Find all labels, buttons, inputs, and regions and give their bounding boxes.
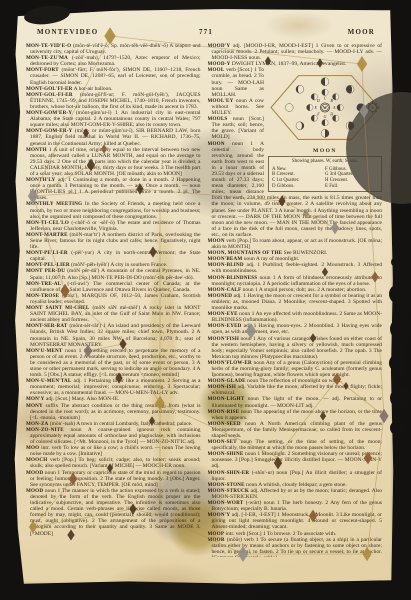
text-columns: MON-TE-VID'E-O (mŏn-tē-vĭd′ē-ō; Sp. mōn-… xyxy=(21,43,387,557)
torn-edge-bite xyxy=(390,318,411,340)
headword: MONT-GOL'FI-ER xyxy=(26,86,72,92)
dictionary-entry: MON-TRE-AL' (-trĭ-awl′) The commercial c… xyxy=(26,281,201,293)
phase-letter-h: H xyxy=(329,113,333,117)
entry-body: adj. 1 Continuing a month, or done in a … xyxy=(30,177,201,201)
phase-letter-a: A xyxy=(332,106,336,110)
headword: MOONED xyxy=(208,293,233,299)
headword: MOON'FISH xyxy=(208,336,240,342)
dictionary-entry: MONT PER-DU (môN pĕr-dü′) A mountain of … xyxy=(26,268,201,280)
dictionary-entry: MOON-SHIN-ER (-shīn′-ur) noun [Pop.] An … xyxy=(208,470,383,482)
right-column: MOOD'Y adj. [MOOD-I-ER, MOOD-I-EST] 1 Gi… xyxy=(208,43,383,557)
left-column: MON-TE-VID'E-O (mŏn-tē-vĭd′ē-ō; Sp. mōn-… xyxy=(26,43,201,557)
headword: MOOD xyxy=(26,488,43,494)
headword: MOOD xyxy=(26,470,43,476)
headword: MOON'Y xyxy=(208,512,231,518)
headword: MOON-SHINE xyxy=(208,451,244,457)
moon-phases-diagram: A B C D E F G H xyxy=(268,68,382,192)
dictionary-entry: MOON-RISE noun The appearing of the moon… xyxy=(208,409,383,421)
headword: MOOL'EY xyxy=(208,98,234,104)
headword: MOOL xyxy=(208,67,225,73)
dictionary-entry: MONTH'LY adj. 1 Continuing a month, or d… xyxy=(26,177,201,201)
dictionary-entry: MON-U-MEN'TAL adj. 1 Pertaining to or li… xyxy=(26,378,201,396)
entry-body: intr. verb To low as or like a cow; a ch… xyxy=(30,445,201,457)
running-head: MONTEVIDEO 771 MOOR xyxy=(21,16,387,43)
photo-background: MONTEVIDEO 771 MOOR MON-TE-VID'E-O (mŏn-… xyxy=(0,0,411,600)
headword: MOON-BLINDNESS xyxy=(208,275,258,281)
headword: MONT-GOL-FI-ER xyxy=(26,92,73,98)
sun-symbol: S xyxy=(366,101,379,114)
dictionary-entry: MOOR (mōōr) verb 1 To secure (a floating… xyxy=(208,537,383,557)
headword: MOON-ISH xyxy=(208,384,236,390)
dictionary-entry: MONT-PE'LI-ER (-pēl′-yur) A city in nort… xyxy=(26,250,201,262)
headword: MOOD-Y xyxy=(208,61,231,67)
guide-word-right: MOOR xyxy=(262,28,375,36)
dictionary-entry: MOOD noun 1 Temporary or capricious stat… xyxy=(26,470,201,488)
entry-body: noun 1 Temporary or capricious state of … xyxy=(30,470,201,488)
headword: MONT-MARTRE xyxy=(26,232,68,238)
phase-letter-c: C xyxy=(324,97,327,101)
phase-letter-f: F xyxy=(316,113,320,117)
dictionary-entry: MOON-LIGHT noun The light of the moon. —… xyxy=(208,396,383,408)
entry-body: noun 1 An eye affected with moonblindnes… xyxy=(212,311,383,323)
dictionary-entry: MOON-SHINE noun 1 Moonlight. 2 Something… xyxy=(208,451,383,469)
earth-label: W xyxy=(323,105,327,110)
headword: MONT-GOM'ER-Y xyxy=(26,110,72,116)
entry-body: verb [Pop.] To roam about, appear, or ac… xyxy=(212,238,383,250)
headword: MON-ZO-NITE xyxy=(26,427,64,433)
dictionary-entry: MONY suffix The abstract condition or th… xyxy=(26,403,201,421)
page-content: MONTEVIDEO 771 MOOR MON-TE-VID'E-O (mŏn-… xyxy=(14,8,394,557)
headword: MONTH xyxy=(26,147,47,153)
headword: MOON-BLIND xyxy=(208,262,244,268)
headword: MOON'FLOW-ER xyxy=(208,360,252,366)
dictionary-entry: MON-ZO-NITE noun A coarse-grained igneou… xyxy=(26,427,201,445)
phase-key-left: A New.B Crescent.C 1st Quarter.D Gibbous… xyxy=(272,167,325,190)
dictionary-entry: MOON'FLOW-ER noun Any of a genus (Calony… xyxy=(208,360,383,378)
dictionary-entry: MONT SAINT MI-CHEL (môN săN mē-shĕl′) A … xyxy=(26,305,201,323)
torn-edge-bite xyxy=(390,388,410,408)
dictionary-entry: MON-TROSE (-trōz′), MARQUIS OF, 1612–50,… xyxy=(26,293,201,305)
headword: MON-TROSE xyxy=(26,293,59,299)
dictionary-entry: MONT-GOL-FI-ER (mŏnt-gŏl′fĭ-ur; F. môN-g… xyxy=(26,92,201,110)
entry-body: 1 A unit of time, originally equal to th… xyxy=(30,147,201,177)
dictionary-entry: MOON-ISH adj. Variable like the moon; af… xyxy=(208,384,383,396)
entry-body: noun A whitish, cloudy feldspar; a gem s… xyxy=(246,482,347,488)
headword: MOON-CALF xyxy=(208,287,242,293)
earth-symbol: W xyxy=(320,103,329,112)
phase-letter-g: G xyxy=(324,116,327,120)
headword: MOON-SHIN-ER xyxy=(208,470,250,476)
guide-word-left: MONTEVIDEO xyxy=(37,28,150,36)
dictionary-entry: MONTHLY MEETING In the Society of Friend… xyxy=(26,201,201,219)
headword: MOON-STRUCK xyxy=(208,488,250,494)
headword: MON'Y xyxy=(26,396,45,402)
entry-body: DWIGHT LYMAN, 1837–99, American evangeli… xyxy=(232,61,346,67)
dictionary-entry: MONTH 1 A unit of time, originally equal… xyxy=(26,147,201,177)
headword: MONY xyxy=(26,403,43,409)
dictionary-entry: MONT-SER-RAT (mŏnt-sĕr-răt′) 1 An island… xyxy=(26,323,201,347)
headword: MOON-LIGHT xyxy=(208,396,245,402)
dictionary-entry: MOON-BLINDNESS noun 1 A form of blindnes… xyxy=(208,275,383,287)
entry-body: adj. 1 Having the moon or crescent for a… xyxy=(212,293,383,311)
headword: MONT-PE'LI-ER xyxy=(26,250,68,256)
entry-body: A hot-air balloon. xyxy=(74,86,113,92)
headword: MOON xyxy=(208,238,225,244)
headword: MON-TRE-AL' xyxy=(26,281,63,287)
headword: MON'U-MENT xyxy=(26,348,63,354)
dictionary-entry: MOON'FISH noun 1 Any of various carangoi… xyxy=(208,336,383,360)
phase-key-right: F Gibbous.G 3rd Quarter.H Crescent.E Ful… xyxy=(325,167,378,190)
entry-body: (mōn′-tsah) A town in central Lombardy, … xyxy=(50,421,193,427)
entry-body: adj. [Scot.] Many. Also MON-IE. xyxy=(46,396,120,402)
headword: MOON-WORT xyxy=(208,500,244,506)
dictionary-entry: MONT-GOM-ER-Y (mŏnt- or mŭnt-gŭm′ur-ĭ), … xyxy=(26,128,201,146)
phase-letter-e: E xyxy=(313,106,317,110)
entry-body: noun The setting, or the time of setting… xyxy=(212,439,383,451)
right-column-top: MOOD'Y adj. [MOOD-I-ER, MOOD-I-EST] 1 Gi… xyxy=(208,43,383,67)
dictionary-entry: MOON-SET noun The setting, or the time o… xyxy=(208,439,383,451)
dictionary-entry: MONT-GOM'ER-Y (mŏnt-gŭm′ur-ĭ) 1 An indus… xyxy=(26,110,201,128)
headword: MON-TE-ZU'MA xyxy=(26,55,68,61)
headword: MOON-STONE xyxy=(208,482,245,488)
phase-key-item: D Gibbous. xyxy=(272,184,325,190)
dictionary-page: MONTEVIDEO 771 MOOR MON-TE-VID'E-O (mŏn-… xyxy=(14,8,394,586)
dictionary-entry: MOOD noun 1 The manner in which the acti… xyxy=(26,488,201,537)
dictionary-entry: MOOCH verb [Pop.] To beg; solicit; cadge… xyxy=(26,457,201,469)
dictionary-entry: MOON-BLIND adj. 1 Purblind; feeble-sight… xyxy=(208,262,383,274)
dictionary-entry: MOON verb [Pop.] To roam about, appear, … xyxy=(208,238,383,250)
dictionary-entry: MOON-EYED adj. 1 Having moon-eyes. 2 Moo… xyxy=(208,323,383,335)
dictionary-entry: MOON-STRUCK adj. Affected by or as by th… xyxy=(208,488,383,500)
entry-body: intr. verb [Scot.] 1 To browse. 2 To ass… xyxy=(226,531,337,537)
phase-letter-b: B xyxy=(330,100,333,104)
page-number: 771 xyxy=(150,28,263,36)
headword: MOON-SEED xyxy=(208,421,241,427)
entry-body: adj. [MOOD-I-ER, MOOD-I-EST] 1 Given to … xyxy=(212,43,383,61)
dictionary-entry: MOON-SEED noun A North American climbing… xyxy=(208,421,383,439)
diagram-title: MOON xyxy=(268,148,382,155)
entry-body: noun 1 The manner in which the action ex… xyxy=(30,488,201,537)
diagram-caption: Showing phases. W, earth; S, sun. xyxy=(272,159,378,165)
diagram-key-box: Showing phases. W, earth; S, sun. A New.… xyxy=(268,156,382,192)
phase-key-item: E Full. xyxy=(325,184,378,190)
dictionary-entry: MON-TI-CEL'LO (-chĕl′-ō or -sĕl′-ō) The … xyxy=(26,220,201,232)
headword: MOON-EYED xyxy=(208,323,242,329)
headword: MON-ZA xyxy=(26,421,48,427)
moon-phases-figure: A B C D E F G H xyxy=(268,68,382,147)
dictionary-entry: MONT-MARTRE (môN-mar′tr′) A northern dis… xyxy=(26,232,201,250)
dictionary-entry: MOON-WORT (-wûrt) noun 1 The herb honest… xyxy=(208,500,383,512)
headword: MONTH'LY xyxy=(26,177,55,183)
dictionary-entry: MON'U-MENT noun 1 Something erected to p… xyxy=(26,348,201,378)
headword: MOOD'Y xyxy=(208,43,231,49)
dictionary-entry: MON-TE-ZU'MA (-zōō′-mah), 1479?–1520, Az… xyxy=(26,55,201,67)
entry-body: verb [Pop.] To beg; solicit; cadge; also… xyxy=(30,457,201,469)
headword: MONTHLY MEETING xyxy=(26,201,82,207)
dictionary-entry: MOON-EYE noun 1 An eye affected with moo… xyxy=(208,311,383,323)
dictionary-entry: MOO intr. verb To low as or like a cow; … xyxy=(26,445,201,457)
dictionary-entry: MONT-FORT (mŏnt′-fŭrt; F. môN-fôr′), SIM… xyxy=(26,67,201,85)
headword: MON-U-MEN'TAL xyxy=(26,378,72,384)
dictionary-entry: MOOD'Y adj. [MOOD-I-ER, MOOD-I-EST] 1 Gi… xyxy=(208,43,383,61)
phase-letter-d: D xyxy=(316,100,320,104)
entry-body: suffix The abstract condition or the thi… xyxy=(30,403,201,421)
dictionary-entry: MOONED adj. 1 Having the moon or crescen… xyxy=(208,293,383,311)
headword: MOO xyxy=(26,445,39,451)
headword: MONT PER-DU xyxy=(26,268,65,274)
headword: MOON xyxy=(208,141,225,147)
headword: MON-TI-CEL'LO xyxy=(26,220,69,226)
dictionary-entry: MON-TE-VID'E-O (mŏn-tē-vĭd′ē-ō; Sp. mōn-… xyxy=(26,43,201,55)
entry-body: adj. [-I-ER, -I-EST] 1 Moonstruck. 2 Moo… xyxy=(212,512,383,530)
headword: MOOLS xyxy=(208,116,228,122)
headword: MOOR xyxy=(208,537,225,543)
dictionary-entry: MOON'Y adj. [-I-ER, -I-EST] 1 Moonstruck… xyxy=(208,512,383,530)
entry-body: adj. Variable like the moon; affected by… xyxy=(212,384,383,396)
torn-edge-bite xyxy=(389,354,407,372)
headword: MOON-RISE xyxy=(208,409,240,415)
entry-body: noun 1 A stupid person; dolt; ass. 2 A m… xyxy=(243,287,367,293)
entry-body: (mōōr) verb 1 To secure (a floating obje… xyxy=(212,537,383,557)
headword: MOOP xyxy=(208,531,225,537)
